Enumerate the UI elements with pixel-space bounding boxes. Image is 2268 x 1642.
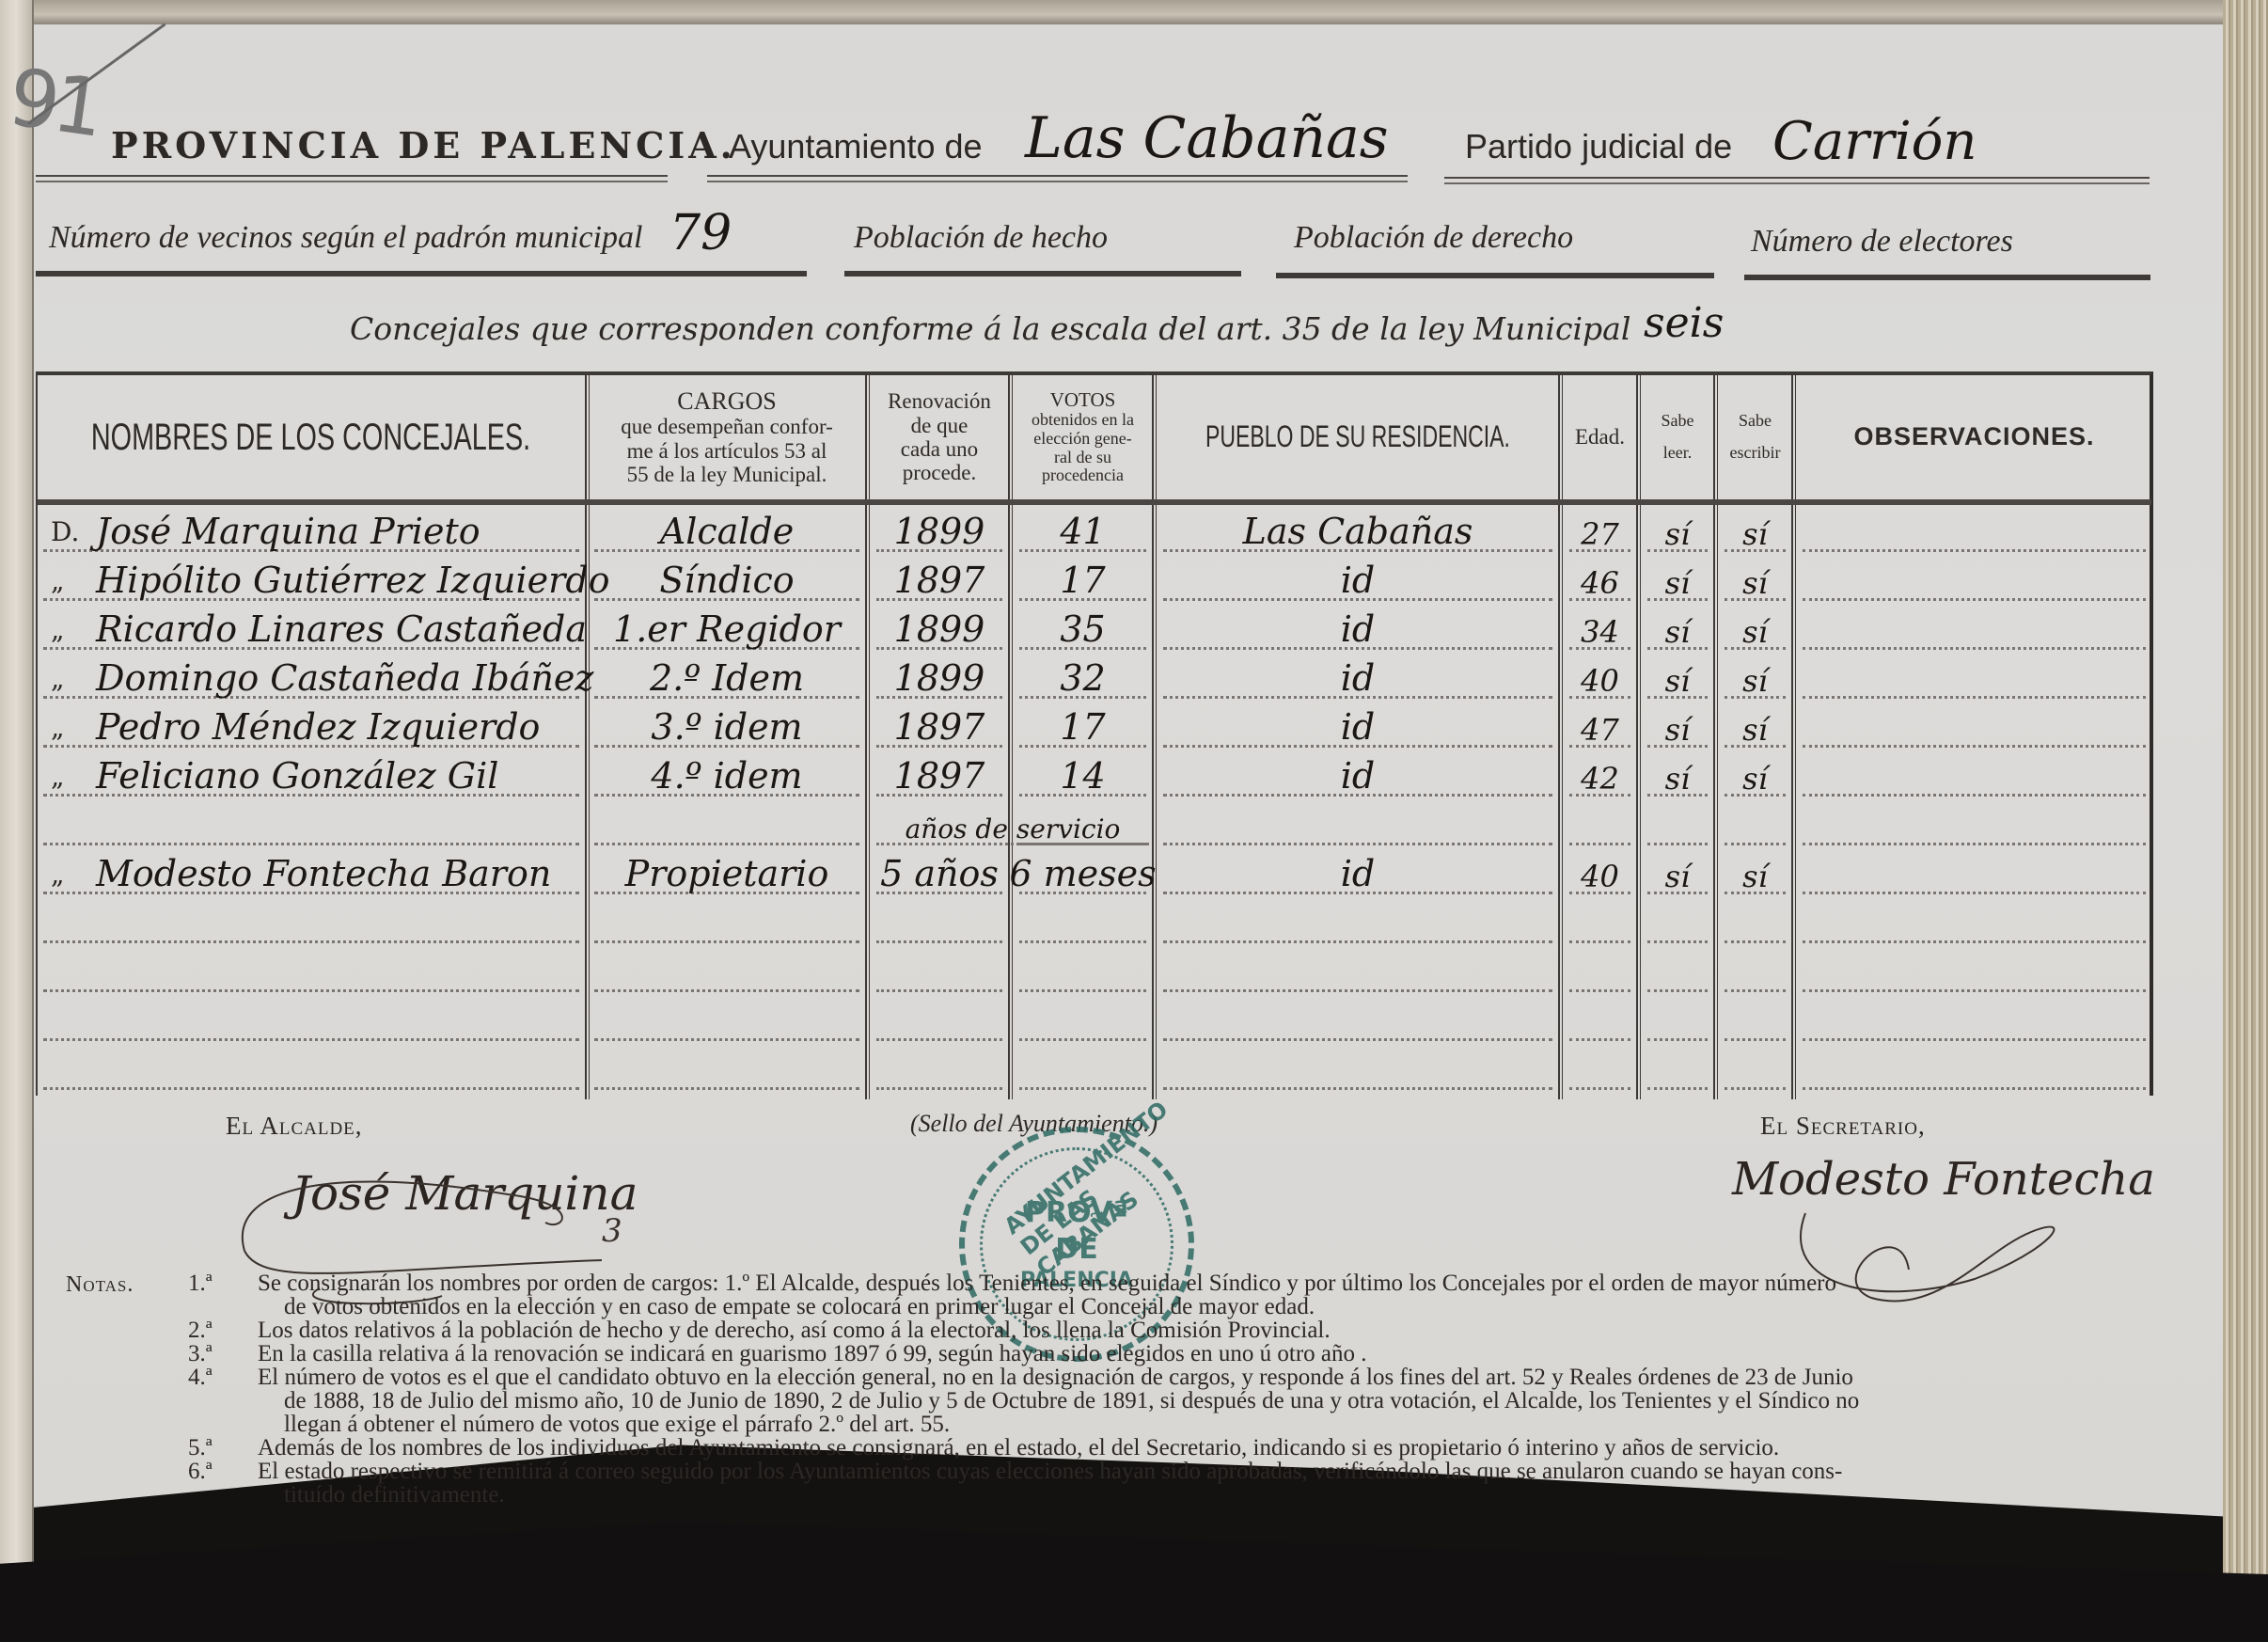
rule <box>36 175 668 182</box>
cell-pueblo: Las Cabañas <box>1163 505 1552 552</box>
cell-observaciones <box>1803 896 2146 943</box>
renovacion-value: 1899 <box>894 611 985 647</box>
cell-nombre <box>43 1043 579 1090</box>
numero-electores-label: Número de electores <box>1751 224 2013 260</box>
table-row: „Feliciano González Gil4.º idem189714id4… <box>38 750 2151 802</box>
cell-cargo: 1.er Regidor <box>594 603 859 650</box>
cell-pueblo <box>1163 896 1552 943</box>
leer-value: sí <box>1665 861 1691 892</box>
edad-value: 42 <box>1581 764 1619 794</box>
cell-edad: 40 <box>1569 652 1630 699</box>
cell-edad <box>1569 1043 1630 1090</box>
cell-nombre <box>43 994 579 1041</box>
cell-renovacion: 1897 <box>876 750 1002 797</box>
cell-votos <box>1019 798 1146 845</box>
edad-value: 34 <box>1581 617 1619 647</box>
cargo-value: Alcalde <box>660 513 795 549</box>
note-number: 4.ª <box>188 1366 213 1389</box>
cargo-value: Síndico <box>659 562 794 598</box>
cell-nombre: D.José Marquina Prieto <box>43 505 579 552</box>
note-item: 2.ªLos datos relativos á la población de… <box>66 1318 2172 1342</box>
nombre-value: Ricardo Linares Castañeda <box>96 611 587 647</box>
cargo-value: 2.º Idem <box>650 660 804 696</box>
cell-votos: 32 <box>1019 652 1146 699</box>
escribir-value: sí <box>1742 519 1768 549</box>
cell-renovacion: 1899 <box>876 603 1002 650</box>
pueblo-value: id <box>1341 758 1375 794</box>
header-votos: VOTOS obtenidos en la elección gene- ral… <box>1014 375 1152 499</box>
cell-nombre <box>43 945 579 992</box>
cell-renovacion: 1899 <box>876 652 1002 699</box>
note-text-continuation: llegan á obtener el número de votos que … <box>258 1413 2172 1436</box>
cell-cargo: Síndico <box>594 554 859 601</box>
row-prefix: D. <box>51 516 79 547</box>
header-sabe-leer: Sabe leer. <box>1642 375 1713 499</box>
cell-escribir: sí <box>1725 701 1786 748</box>
cell-nombre: „Domingo Castañeda Ibáñez <box>43 652 579 699</box>
cell-pueblo <box>1163 798 1552 845</box>
cell-edad: 42 <box>1569 750 1630 797</box>
nombre-value: Feliciano González Gil <box>96 758 498 794</box>
note-number: 3.ª <box>188 1342 213 1366</box>
row-prefix: „ <box>51 614 65 645</box>
cell-leer: sí <box>1647 603 1708 650</box>
header-pueblo: PUEBLO DE SU RESIDENCIA. <box>1158 375 1558 499</box>
pueblo-value: id <box>1341 856 1375 892</box>
table-row: „Domingo Castañeda Ibáñez2.º Idem189932i… <box>38 652 2151 704</box>
cell-cargo <box>594 994 859 1041</box>
cell-escribir: sí <box>1725 554 1786 601</box>
cell-votos: 14 <box>1019 750 1146 797</box>
cell-renovacion: 1897 <box>876 554 1002 601</box>
row-prefix: „ <box>51 859 65 890</box>
votos-value: 6 meses <box>1009 856 1156 892</box>
renovacion-value: 5 años <box>880 856 999 892</box>
cell-renovacion: 5 años <box>876 847 1002 894</box>
votos-value: 35 <box>1060 611 1105 647</box>
cell-votos <box>1019 896 1146 943</box>
cargo-value: 4.º idem <box>651 758 802 794</box>
cell-nombre: „Ricardo Linares Castañeda <box>43 603 579 650</box>
cell-edad: 46 <box>1569 554 1630 601</box>
rule <box>844 271 1241 276</box>
cell-edad: 34 <box>1569 603 1630 650</box>
pueblo-value: Las Cabañas <box>1243 513 1473 549</box>
table-row: „Pedro Méndez Izquierdo3.º idem189717id4… <box>38 701 2151 753</box>
cell-leer: sí <box>1647 505 1708 552</box>
leer-value: sí <box>1665 617 1691 647</box>
cell-edad: 27 <box>1569 505 1630 552</box>
cell-cargo: Alcalde <box>594 505 859 552</box>
cell-leer <box>1647 945 1708 992</box>
pueblo-value: id <box>1341 709 1375 745</box>
nombre-value: José Marquina Prieto <box>96 513 480 549</box>
cargo-value: 1.er Regidor <box>613 611 841 647</box>
ayuntamiento-label: Ayuntamiento de <box>729 127 983 166</box>
renovacion-value: 1899 <box>894 513 985 549</box>
note-text-continuation: de 1888, 18 de Julio del mismo año, 10 d… <box>258 1389 2172 1413</box>
escribir-value: sí <box>1742 666 1768 696</box>
cargo-value: Propietario <box>625 856 829 892</box>
table-row: D.José Marquina PrietoAlcalde189941Las C… <box>38 505 2151 558</box>
note-text: Se consignarán los nombres por orden de … <box>258 1271 2172 1295</box>
partido-judicial-label: Partido judicial de <box>1465 127 1732 166</box>
table-row: „Modesto Fontecha BaronPropietario5 años… <box>38 847 2151 900</box>
note-text: El número de votos es el que el candidat… <box>258 1366 2172 1389</box>
cell-pueblo: id <box>1163 847 1552 894</box>
renovacion-value: 1897 <box>894 758 985 794</box>
votos-value: 14 <box>1060 758 1105 794</box>
note-text: Además de los nombres de los individuos … <box>258 1436 2172 1460</box>
header-edad: Edad. <box>1564 375 1636 499</box>
poblacion-hecho-label: Población de hecho <box>854 220 1108 256</box>
note-item: 1.ªSe consignarán los nombres por orden … <box>66 1271 2172 1318</box>
renovacion-value: 1897 <box>894 562 985 598</box>
nombre-value: Pedro Méndez Izquierdo <box>96 709 540 745</box>
renovacion-value: 1899 <box>894 660 985 696</box>
note-number: 1.ª <box>188 1271 213 1295</box>
leer-value: sí <box>1665 568 1691 598</box>
book-spine-edge <box>0 0 34 1642</box>
cell-leer <box>1647 896 1708 943</box>
votos-value: 32 <box>1060 660 1105 696</box>
cell-cargo: Propietario <box>594 847 859 894</box>
cell-nombre: „Hipólito Gutiérrez Izquierdo <box>43 554 579 601</box>
cell-nombre <box>43 798 579 845</box>
pueblo-value: id <box>1341 660 1375 696</box>
note-text-continuation: tituído definitivamente. <box>258 1483 2172 1507</box>
cell-pueblo: id <box>1163 603 1552 650</box>
secretario-label: El Secretario, <box>1760 1112 1926 1141</box>
cell-votos: 17 <box>1019 554 1146 601</box>
row-prefix: „ <box>51 565 65 596</box>
cell-leer <box>1647 1043 1708 1090</box>
note-number: 2.ª <box>188 1318 213 1342</box>
table-row <box>38 945 2151 998</box>
cell-escribir <box>1725 994 1786 1041</box>
escribir-value: sí <box>1742 764 1768 794</box>
cell-renovacion <box>876 1043 1002 1090</box>
cell-observaciones <box>1803 554 2146 601</box>
header-renovacion: Renovación de que cada uno procede. <box>871 375 1008 499</box>
cell-pueblo: id <box>1163 652 1552 699</box>
note-item: 4.ªEl número de votos es el que el candi… <box>66 1366 2172 1436</box>
cell-observaciones <box>1803 750 2146 797</box>
partido-judicial-value: Carrión <box>1772 111 1977 172</box>
cell-cargo <box>594 945 859 992</box>
cell-observaciones <box>1803 798 2146 845</box>
leer-value: sí <box>1665 715 1691 745</box>
table-row: „Hipólito Gutiérrez IzquierdoSíndico1897… <box>38 554 2151 607</box>
cell-pueblo: id <box>1163 750 1552 797</box>
concejales-label: Concejales que corresponden conforme á l… <box>350 310 1630 347</box>
cell-leer: sí <box>1647 652 1708 699</box>
table-row: „Ricardo Linares Castañeda1.er Regidor18… <box>38 603 2151 655</box>
cell-votos <box>1019 994 1146 1041</box>
cell-cargo: 3.º idem <box>594 701 859 748</box>
cell-nombre: „Pedro Méndez Izquierdo <box>43 701 579 748</box>
note-number: 5.ª <box>188 1436 213 1460</box>
cell-pueblo: id <box>1163 701 1552 748</box>
cell-cargo <box>594 896 859 943</box>
leer-value: sí <box>1665 764 1691 794</box>
note-number: 6.ª <box>188 1460 213 1483</box>
notes-section: Notas. 1.ªSe consignarán los nombres por… <box>66 1271 2172 1507</box>
edad-value: 40 <box>1581 861 1619 892</box>
rule <box>1744 275 2150 280</box>
cell-pueblo <box>1163 994 1552 1041</box>
concejales-value: seis <box>1644 299 1724 347</box>
cell-edad <box>1569 945 1630 992</box>
cell-observaciones <box>1803 945 2146 992</box>
votos-value: 41 <box>1060 513 1105 549</box>
cell-escribir <box>1725 798 1786 845</box>
renovacion-value: 1897 <box>894 709 985 745</box>
note-text: Los datos relativos á la población de he… <box>258 1318 2172 1342</box>
header-sabe-escribir: Sabe escribir <box>1719 375 1791 499</box>
cell-renovacion: 1897 <box>876 701 1002 748</box>
header-observaciones: OBSERVACIONES. <box>1797 375 2151 499</box>
cell-escribir: sí <box>1725 505 1786 552</box>
cell-leer <box>1647 994 1708 1041</box>
cell-votos: 41 <box>1019 505 1146 552</box>
votos-value: 17 <box>1060 562 1105 598</box>
cell-escribir: sí <box>1725 750 1786 797</box>
pueblo-value: id <box>1341 611 1375 647</box>
cell-votos: 35 <box>1019 603 1146 650</box>
row-prefix: „ <box>51 663 65 694</box>
header-nombres: NOMBRES DE LOS CONCEJALES. <box>38 375 585 499</box>
poblacion-derecho-label: Población de derecho <box>1294 220 1573 256</box>
cell-escribir: sí <box>1725 847 1786 894</box>
cell-observaciones <box>1803 994 2146 1041</box>
cell-escribir: sí <box>1725 603 1786 650</box>
escribir-value: sí <box>1742 568 1768 598</box>
cell-renovacion: 1899 <box>876 505 1002 552</box>
cell-escribir <box>1725 896 1786 943</box>
cell-observaciones <box>1803 505 2146 552</box>
cell-nombre: „Feliciano González Gil <box>43 750 579 797</box>
edad-value: 27 <box>1581 519 1619 549</box>
vecinos-label: Número de vecinos según el padrón munici… <box>49 220 642 256</box>
cell-pueblo <box>1163 1043 1552 1090</box>
note-item: 3.ªEn la casilla relativa á la renovació… <box>66 1342 2172 1366</box>
escribir-value: sí <box>1742 861 1768 892</box>
table-row <box>38 994 2151 1047</box>
cell-edad <box>1569 798 1630 845</box>
cell-leer: sí <box>1647 847 1708 894</box>
escribir-value: sí <box>1742 617 1768 647</box>
svg-text:3: 3 <box>602 1212 622 1250</box>
table-row <box>38 896 2151 949</box>
cell-observaciones <box>1803 652 2146 699</box>
cell-pueblo: id <box>1163 554 1552 601</box>
cell-cargo <box>594 1043 859 1090</box>
pueblo-value: id <box>1341 562 1375 598</box>
nombre-value: Modesto Fontecha Baron <box>96 856 551 892</box>
row-prefix: „ <box>51 712 65 743</box>
row-prefix: „ <box>51 761 65 792</box>
table-row <box>38 1043 2151 1096</box>
cell-leer: sí <box>1647 750 1708 797</box>
cell-leer <box>1647 798 1708 845</box>
rule <box>1276 273 1714 278</box>
book-page-stack <box>2223 0 2268 1580</box>
leer-value: sí <box>1665 666 1691 696</box>
cell-votos <box>1019 945 1146 992</box>
cell-observaciones <box>1803 701 2146 748</box>
leer-value: sí <box>1665 519 1691 549</box>
note-item: 5.ªAdemás de los nombres de los individu… <box>66 1436 2172 1460</box>
cell-edad: 47 <box>1569 701 1630 748</box>
cell-pueblo <box>1163 945 1552 992</box>
cell-cargo: 2.º Idem <box>594 652 859 699</box>
ayuntamiento-value: Las Cabañas <box>1025 105 1389 171</box>
cell-renovacion <box>876 994 1002 1041</box>
cell-observaciones <box>1803 603 2146 650</box>
cell-edad: 40 <box>1569 847 1630 894</box>
cell-nombre: „Modesto Fontecha Baron <box>43 847 579 894</box>
cell-observaciones <box>1803 1043 2146 1090</box>
cargo-value: 3.º idem <box>651 709 802 745</box>
note-text-continuation: de votos obtenidos en la elección y en c… <box>258 1295 2172 1318</box>
cell-cargo: 4.º idem <box>594 750 859 797</box>
cell-edad <box>1569 896 1630 943</box>
cell-renovacion <box>876 945 1002 992</box>
cell-leer: sí <box>1647 701 1708 748</box>
rule <box>1444 177 2150 184</box>
edad-value: 46 <box>1581 568 1619 598</box>
concejales-table: NOMBRES DE LOS CONCEJALES. CARGOS que de… <box>36 371 2153 1096</box>
note-text: El estado respectivo se remitirá á corre… <box>258 1460 2172 1483</box>
cell-votos <box>1019 1043 1146 1090</box>
note-text: En la casilla relativa á la renovación s… <box>258 1342 2172 1366</box>
provincia-title: PROVINCIA DE PALENCIA. <box>111 124 736 166</box>
votos-value: 17 <box>1060 709 1105 745</box>
cell-escribir <box>1725 945 1786 992</box>
nombre-value: Domingo Castañeda Ibáñez <box>96 660 593 696</box>
vecinos-value: 79 <box>669 205 732 261</box>
cell-escribir <box>1725 1043 1786 1090</box>
header-cargos: CARGOS que desempeñan confor- me á los a… <box>589 375 865 499</box>
note-item: 6.ªEl estado respectivo se remitirá á co… <box>66 1460 2172 1507</box>
cell-escribir: sí <box>1725 652 1786 699</box>
edad-value: 47 <box>1581 715 1619 745</box>
rule <box>36 271 807 276</box>
cell-nombre <box>43 896 579 943</box>
cell-observaciones <box>1803 847 2146 894</box>
cell-edad <box>1569 994 1630 1041</box>
scan-shadow <box>0 1492 2268 1642</box>
cell-cargo <box>594 798 859 845</box>
cell-votos: 17 <box>1019 701 1146 748</box>
rule <box>707 175 1408 182</box>
cell-leer: sí <box>1647 554 1708 601</box>
table-row: años de servicio <box>38 798 2151 851</box>
book-edge-top <box>28 0 2229 24</box>
cell-renovacion <box>876 896 1002 943</box>
nombre-value: Hipólito Gutiérrez Izquierdo <box>96 562 610 598</box>
cell-votos: 6 meses <box>1019 847 1146 894</box>
escribir-value: sí <box>1742 715 1768 745</box>
edad-value: 40 <box>1581 666 1619 696</box>
